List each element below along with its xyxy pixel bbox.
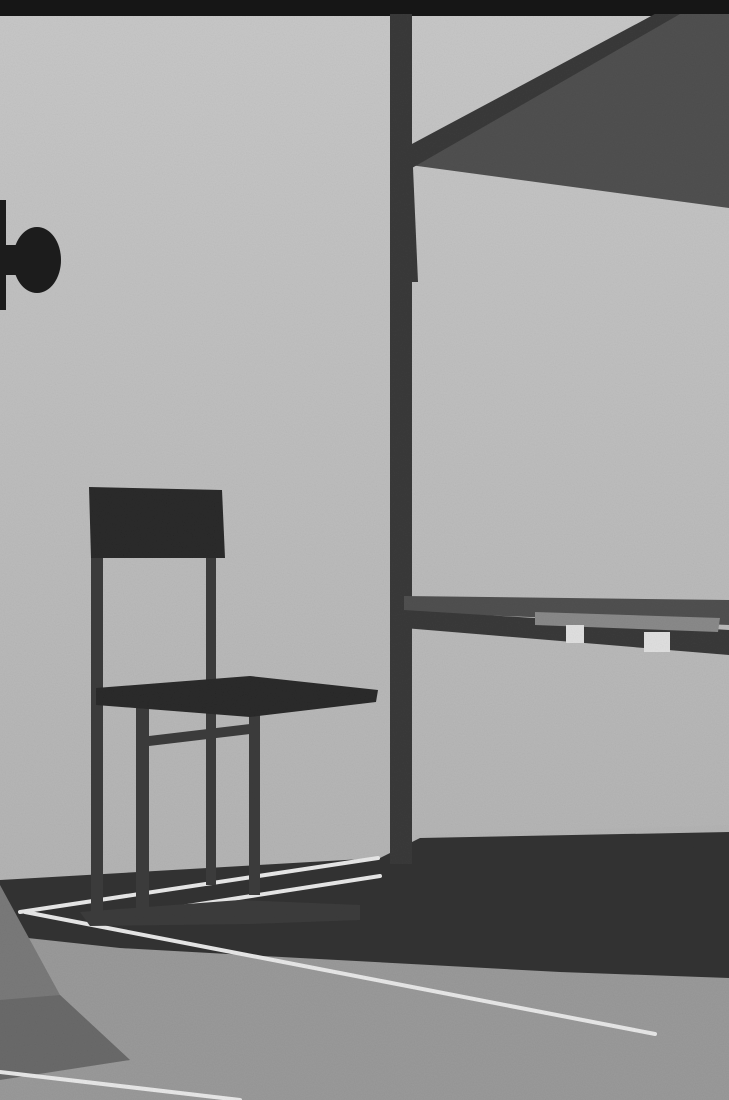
photograph <box>0 0 729 1100</box>
chair-backrest <box>89 487 225 558</box>
shelf-label <box>644 632 670 652</box>
chair-front-leg-right <box>249 710 260 895</box>
chair-front-leg-left <box>136 705 149 920</box>
shelf-label <box>566 625 584 643</box>
chair-back-leg-right <box>206 545 216 885</box>
top-dark-band <box>0 0 729 16</box>
chair-back-leg-left <box>91 545 103 915</box>
shelf-post <box>390 14 412 864</box>
